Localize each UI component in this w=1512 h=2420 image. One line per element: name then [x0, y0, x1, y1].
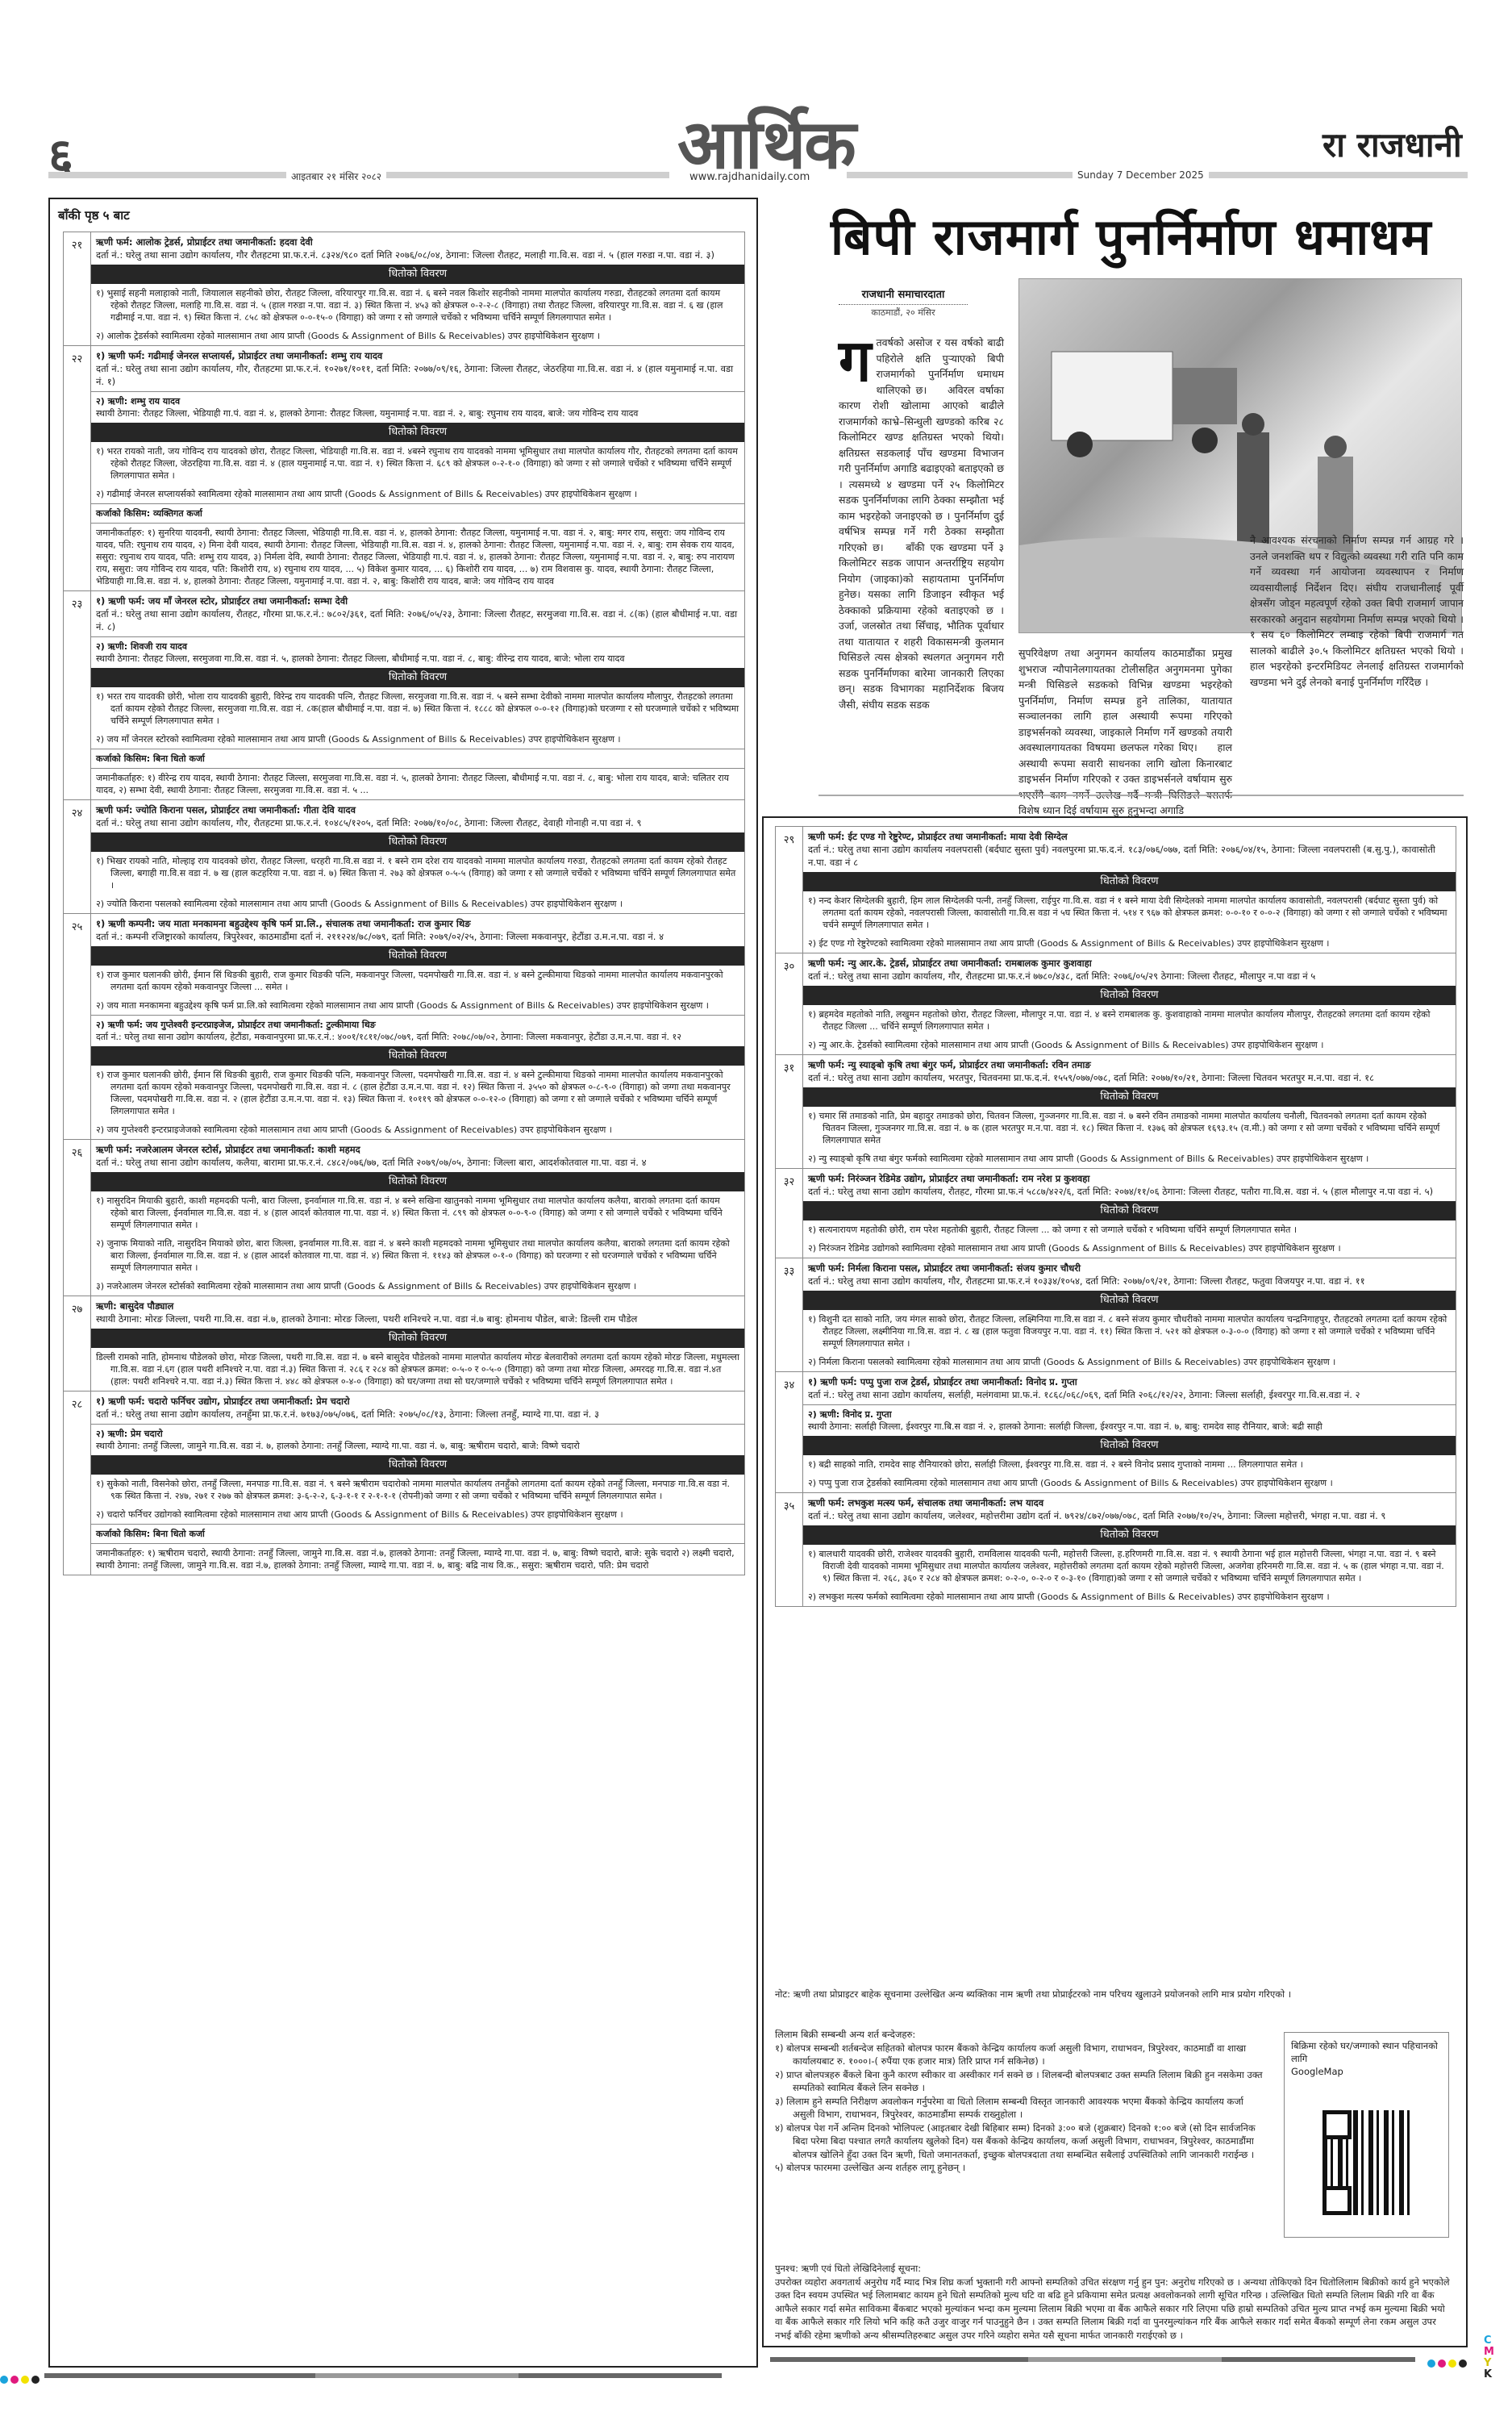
borrower-block: २) ऋणी: शम्भु राय यादवस्थायी ठेगाना: रौत… — [91, 391, 744, 423]
borrower-name: २) ऋणी: विनोद प्र. गुप्ता — [808, 1409, 892, 1420]
entry-header: ऋणी फर्म: निर्मला किराना पसल, प्रोप्राईट… — [803, 1258, 1456, 1291]
article-byline: राजधानी समाचारदाता — [839, 286, 968, 305]
registration-info: दर्ता नं.: घरेलु तथा साना उद्योग कार्याल… — [96, 608, 737, 632]
collateral-detail: १) बद्री साहको नाति, रामदेव साह रौनियारक… — [803, 1455, 1456, 1474]
collateral-detail: १) राज कुमार घलानकी छोरी, ईमान सिं थिङकी… — [91, 1066, 744, 1120]
cmyk-registration-marks: C M Y K — [1484, 2335, 1494, 2380]
loan-entry: २३१) ऋणी फर्म: जय माँ जेनरल स्टोर, प्रोप… — [63, 590, 745, 799]
entry-number: २३ — [64, 591, 91, 799]
collateral-heading: धितोको विवरण — [91, 265, 744, 284]
date-nepali: आइतबार २१ मंसिर २०८२ — [286, 169, 386, 183]
entry-number: २६ — [64, 1140, 91, 1296]
borrower-address: स्थायी ठेगाना: सर्लाही जिल्ला, ईश्वरपुर … — [808, 1421, 1322, 1432]
google-map-label: GoogleMap — [1291, 2065, 1442, 2078]
collateral-detail: १) ब्रहमदेव महतोको नाति, लखुमन महतोको छो… — [803, 1005, 1456, 1036]
entry-header: १) ऋणी कम्पनी: जय माता मनकामना बहुउद्देश… — [91, 914, 744, 946]
borrower-firm: ऋणी फर्म: आलोक ट्रेडर्स, प्रोप्राईटर तथा… — [96, 236, 313, 248]
collateral-detail: २) ज्योति किराना पसलको स्वामित्वमा रहेको… — [91, 895, 744, 913]
loan-entry: २९ऋणी फर्म: ईट एण्ड गो रेष्टुरेण्ट, प्रो… — [775, 826, 1456, 953]
entry-number: ३२ — [776, 1169, 803, 1258]
collateral-detail: १) सुकेको नाती, विसनेको छोरा, तनहुँ जिल्… — [91, 1475, 744, 1505]
entry-number: २९ — [776, 827, 803, 953]
collateral-detail: १) चमार सिं तमाङको नाति, प्रेम बहादुर तम… — [803, 1107, 1456, 1149]
borrower-name: २) ऋणी: शिवजी राय यादव — [96, 641, 187, 652]
borrower-firm: ऋणी फर्म: निरंञ्जन रेडिमेड उद्योग, प्रोप… — [808, 1173, 1089, 1184]
collateral-heading: धितोको विवरण — [803, 986, 1456, 1005]
entry-header: ऋणी फर्म: लभकुश मत्स्य फर्म, संचालक तथा … — [803, 1493, 1456, 1525]
registration-info: दर्ता नं.: घरेलु तथा साना उद्योग कार्याल… — [808, 1072, 1374, 1083]
loan-entry-list-left: २१ऋणी फर्म: आलोक ट्रेडर्स, प्रोप्राईटर त… — [63, 232, 745, 2280]
registration-info: स्थायी ठेगाना: मोरङ जिल्ला, पथरी गा.वि.स… — [96, 1313, 637, 1325]
collateral-heading: धितोको विवरण — [91, 946, 744, 966]
entry-header: १) ऋणी फर्म: चदारो फर्निचर उद्योग, प्रोप… — [91, 1391, 744, 1424]
collateral-detail: १) भरत रायको नाती, जय गोविन्द राय यादवको… — [91, 442, 744, 485]
article-column-1: गतवर्षको असोज र यस वर्षको बाढी पहिरोले क… — [839, 335, 1004, 712]
qr-code-icon[interactable] — [1322, 2110, 1411, 2215]
collateral-detail: २) न्यु स्याङ्बो कृषि तथा बंगुर फर्मको स… — [803, 1149, 1456, 1168]
borrower-name: २) ऋणी: शम्भु राय यादव — [96, 396, 180, 407]
loan-entry: २१ऋणी फर्म: आलोक ट्रेडर्स, प्रोप्राईटर त… — [63, 232, 745, 345]
entry-header: १) ऋणी फर्म: गढीमाई जेनरल सप्लायर्स, प्र… — [91, 346, 744, 391]
collateral-detail: २) गढीमाई जेनरल सप्लायर्सको स्वामित्वमा … — [91, 485, 744, 503]
collateral-detail: २) पप्पु पुजा राज ट्रेडर्सको स्वामित्वमा… — [803, 1474, 1456, 1492]
registration-info: दर्ता नं.: घरेलु तथा साना उद्योग कार्याल… — [808, 1510, 1385, 1521]
registration-info: दर्ता नं.: घरेलु तथा साना उद्योग कार्याल… — [96, 1408, 599, 1420]
map-box-text: बिक्रिमा रहेको घर/जग्गाको स्थान पहिचानको… — [1291, 2039, 1442, 2065]
guarantors: जमानीकर्ताहरु: १) सुनरिया यादवनी, स्थायी… — [91, 523, 744, 590]
loan-entry-list-right: २९ऋणी फर्म: ईट एण्ड गो रेष्टुरेण्ट, प्रो… — [775, 826, 1456, 1980]
sub-borrower: २) ऋणी फर्म: जय गुप्तेश्वरी इन्टरप्राइजे… — [91, 1015, 744, 1046]
auction-term: २) प्राप्त बोलपत्रहरु बैंकले बिना कुनै क… — [775, 2068, 1267, 2095]
collateral-detail: २) जय माँ जेनरल स्टोरको स्वामित्वमा रहेक… — [91, 730, 744, 749]
article-dateline: काठमाडौं, २० मंसिर — [839, 307, 968, 319]
collateral-detail: १) राज कुमार घलानकी छोरी, ईमान सिं थिङकी… — [91, 966, 744, 996]
collateral-heading: धितोको विवरण — [91, 1046, 744, 1066]
borrower-firm: १) ऋणी फर्म: जय माँ जेनरल स्टोर, प्रोप्र… — [96, 595, 348, 607]
entry-header: ऋणी: बासुदेव पौड्यालस्थायी ठेगाना: मोरङ … — [91, 1296, 744, 1329]
entry-body: ऋणी फर्म: न्यु आर.के. ट्रेडर्स, प्रोप्रा… — [803, 953, 1456, 1054]
borrower-firm: १) ऋणी फर्म: पप्पु पुजा राज ट्रेडर्स, प्… — [808, 1376, 1077, 1387]
borrower-firm: ऋणी फर्म: न्यु आर.के. ट्रेडर्स, प्रोप्रा… — [808, 958, 1092, 969]
loan-type-block: कर्जाको किसिम: बिना धितो कर्जा — [91, 1524, 744, 1543]
borrower-address: स्थायी ठेगाना: रौतहट जिल्ला, भेडियाही गा… — [96, 408, 638, 419]
dropcap: ग — [839, 335, 872, 386]
registration-info: दर्ता नं.: घरेलु तथा साना उद्योग कार्याल… — [96, 1157, 647, 1168]
auction-term: १) बोलपत्र सम्बन्धी शर्तबन्देज सहितको बो… — [775, 2042, 1267, 2068]
postscript-title: पुनश्च: ऋणी एवं धितो लेखिदिनेलाई सूचना: — [775, 2262, 1452, 2276]
loan-entry: २७ऋणी: बासुदेव पौड्यालस्थायी ठेगाना: मोर… — [63, 1296, 745, 1391]
loan-type: कर्जाको किसिम: व्यक्तिगत कर्जा — [96, 508, 202, 519]
collateral-detail: १) भिखर रायको नाति, मोल्हाइ राय यादवको छ… — [91, 852, 744, 895]
registration-info: दर्ता नं.: घरेलु तथा साना उद्योग कार्याल… — [808, 1186, 1433, 1197]
auction-term: ३) लिलाम हुने सम्पति निरीक्षण अवलोकन गर्… — [775, 2095, 1267, 2122]
borrower-firm: ऋणी फर्म: ईट एण्ड गो रेष्टुरेण्ट, प्रोप्… — [808, 831, 1068, 842]
entry-body: १) ऋणी फर्म: गढीमाई जेनरल सप्लायर्स, प्र… — [91, 346, 744, 590]
borrower-firm: ऋणी फर्म: न्यु स्याङ्बो कृषि तथा बंगुर फ… — [808, 1059, 1091, 1070]
borrower-firm: ऋणी: बासुदेव पौड्याल — [96, 1300, 173, 1312]
notice-frame-right: २९ऋणी फर्म: ईट एण्ड गो रेष्टुरेण्ट, प्रो… — [762, 816, 1468, 2347]
auction-terms: लिलाम बिक्री सम्बन्धी अन्य शर्त बन्देजहर… — [775, 2028, 1267, 2175]
entry-number: २७ — [64, 1296, 91, 1391]
date-english: Sunday 7 December 2025 — [1073, 169, 1209, 181]
collateral-detail: २) जुनाफ मियाको नाति, नासुरदिन मियाको छो… — [91, 1234, 744, 1277]
entry-body: ऋणी फर्म: ईट एण्ड गो रेष्टुरेण्ट, प्रोप्… — [803, 827, 1456, 953]
entry-body: ऋणी फर्म: न्यु स्याङ्बो कृषि तथा बंगुर फ… — [803, 1055, 1456, 1168]
entry-body: १) ऋणी कम्पनी: जय माता मनकामना बहुउद्देश… — [91, 914, 744, 1139]
registration-info: दर्ता नं.: घरेलु तथा साना उद्योग कार्याल… — [96, 249, 714, 261]
loan-entry: २८१) ऋणी फर्म: चदारो फर्निचर उद्योग, प्र… — [63, 1391, 745, 1575]
loan-entry: ३१ऋणी फर्म: न्यु स्याङ्बो कृषि तथा बंगुर… — [775, 1054, 1456, 1168]
collateral-detail: १) नन्द केशर सिग्देलकी बुहारी, हिम लाल स… — [803, 891, 1456, 934]
auction-term: ५) बोलपत्र फारममा उल्लेखित अन्य शर्तहरु … — [775, 2161, 1267, 2175]
collateral-detail: २) जय गुप्तेश्वरी इन्टरप्राइजेजको स्वामि… — [91, 1120, 744, 1139]
borrower-address: स्थायी ठेगाना: रौतहट जिल्ला, सरमुजवा गा.… — [96, 653, 624, 664]
sub-borrower-firm: २) ऋणी फर्म: जय गुप्तेश्वरी इन्टरप्राइजे… — [96, 1020, 376, 1030]
postscript-body: उपरोक्त व्यहोरा अवगतार्थ अनुरोध गर्दै म्… — [775, 2276, 1452, 2343]
collateral-detail: १) नासुरदिन मियाकी बुहारी, काशी महमदकी प… — [91, 1191, 744, 1234]
loan-entry: २२१) ऋणी फर्म: गढीमाई जेनरल सप्लायर्स, प… — [63, 345, 745, 590]
collateral-detail: २) निर्मला किराना पसलको स्वामित्वमा रहेक… — [803, 1353, 1456, 1371]
entry-header: ऋणी फर्म: निरंञ्जन रेडिमेड उद्योग, प्रोप… — [803, 1169, 1456, 1201]
entry-header: ऋणी फर्म: न्यु आर.के. ट्रेडर्स, प्रोप्रा… — [803, 953, 1456, 986]
sub-registration: दर्ता नं.: घरेलु तथा साना उद्योग कार्याल… — [96, 1032, 681, 1042]
entry-body: ऋणी: बासुदेव पौड्यालस्थायी ठेगाना: मोरङ … — [91, 1296, 744, 1391]
entry-body: ऋणी फर्म: लभकुश मत्स्य फर्म, संचालक तथा … — [803, 1493, 1456, 1606]
collateral-detail: २) चदारो फर्निचर उद्योगको स्वामित्वमा रह… — [91, 1505, 744, 1524]
loan-type-block: कर्जाको किसिम: बिना धितो कर्जा — [91, 749, 744, 768]
loan-entry: ३३ऋणी फर्म: निर्मला किराना पसल, प्रोप्रा… — [775, 1258, 1456, 1371]
entry-header: ऋणी फर्म: नजरेआलम जेनरल स्टोर्स, प्रोप्र… — [91, 1140, 744, 1172]
notice-note: नोट: ऋणी तथा प्रोप्राइटर बाहेक सूचनामा उ… — [775, 1988, 1444, 2001]
continued-label: बाँकी पृष्ठ ५ बाट — [58, 207, 130, 223]
loan-type-block: कर्जाको किसिम: व्यक्तिगत कर्जा — [91, 503, 744, 523]
entry-number: २५ — [64, 914, 91, 1139]
entry-number: २२ — [64, 346, 91, 590]
entry-number: २८ — [64, 1391, 91, 1575]
entry-number: २४ — [64, 800, 91, 913]
loan-entry: २५१) ऋणी कम्पनी: जय माता मनकामना बहुउद्द… — [63, 913, 745, 1139]
entry-header: १) ऋणी फर्म: जय माँ जेनरल स्टोर, प्रोप्र… — [91, 591, 744, 636]
collateral-detail: ३) नजरेआलम जेनरल स्टोर्सको स्वामित्वमा र… — [91, 1277, 744, 1296]
borrower-name: २) ऋणी: प्रेम चदारो — [96, 1429, 163, 1439]
entry-body: ऋणी फर्म: ज्योति किराना पसल, प्रोप्राईटर… — [91, 800, 744, 913]
entry-body: ऋणी फर्म: नजरेआलम जेनरल स्टोर्स, प्रोप्र… — [91, 1140, 744, 1296]
collateral-detail: २) निरंञ्जन रेडिमेड उद्योगको स्वामित्वमा… — [803, 1239, 1456, 1258]
map-box: बिक्रिमा रहेको घर/जग्गाको स्थान पहिचानको… — [1284, 2032, 1449, 2238]
loan-entry: २६ऋणी फर्म: नजरेआलम जेनरल स्टोर्स, प्रोप… — [63, 1139, 745, 1296]
registration-info: दर्ता नं.: कम्पनी रजिष्ट्रारको कार्यालय,… — [96, 931, 664, 942]
registration-info: दर्ता नं.: घरेलु तथा साना उद्योग कार्याल… — [96, 363, 733, 387]
collateral-heading: धितोको विवरण — [91, 832, 744, 852]
collateral-heading: धितोको विवरण — [803, 1525, 1456, 1545]
entry-header: ऋणी फर्म: आलोक ट्रेडर्स, प्रोप्राईटर तथा… — [91, 232, 744, 265]
entry-header: ऋणी फर्म: न्यु स्याङ्बो कृषि तथा बंगुर फ… — [803, 1055, 1456, 1087]
entry-header: ऋणी फर्म: ईट एण्ड गो रेष्टुरेण्ट, प्रोप्… — [803, 827, 1456, 872]
collateral-detail: २) ईट एण्ड गो रेष्टुरेण्टको स्वामित्वमा … — [803, 934, 1456, 953]
borrower-firm: १) ऋणी फर्म: गढीमाई जेनरल सप्लायर्स, प्र… — [96, 350, 382, 361]
collateral-detail: १) भरत राय यादवकी छोरी, भोला राय यादवकी … — [91, 687, 744, 730]
guarantors: जमानीकर्ताहरु: १) वीरेन्द्र राय यादव, स्… — [91, 768, 744, 799]
article-column-2: सुपरिवेक्षण तथा अनुगमन कार्यालय काठमाडौं… — [1018, 645, 1232, 819]
registration-info: दर्ता नं.: घरेलु तथा साना उद्योग कार्याल… — [808, 1275, 1365, 1287]
loan-entry: २४ऋणी फर्म: ज्योति किराना पसल, प्रोप्राई… — [63, 799, 745, 913]
entry-body: १) ऋणी फर्म: जय माँ जेनरल स्टोर, प्रोप्र… — [91, 591, 744, 799]
collateral-detail: २) आलोक ट्रेडर्सको स्वामित्वमा रहेको माल… — [91, 327, 744, 345]
registration-info: दर्ता नं.: घरेलु तथा साना उद्योग कार्याल… — [96, 817, 641, 828]
borrower-firm: ऋणी फर्म: ज्योति किराना पसल, प्रोप्राईटर… — [96, 804, 356, 816]
collateral-heading: धितोको विवरण — [91, 423, 744, 442]
entry-body: ऋणी फर्म: निर्मला किराना पसल, प्रोप्राईट… — [803, 1258, 1456, 1371]
collateral-detail: १) भुसाई सहनी मलाहाको नाती, जियालाल सहनी… — [91, 284, 744, 327]
borrower-firm: १) ऋणी फर्म: चदारो फर्निचर उद्योग, प्रोप… — [96, 1396, 350, 1407]
entry-number: ३० — [776, 953, 803, 1054]
collateral-heading: धितोको विवरण — [803, 1436, 1456, 1455]
collateral-detail: २) न्यु आर.के. ट्रेडर्सको स्वामित्वमा रह… — [803, 1036, 1456, 1054]
collateral-detail: २) लभकुश मत्स्य फर्मको स्वामित्वमा रहेको… — [803, 1588, 1456, 1606]
collateral-detail: १) सत्यनारायण महतोकी छोरी, राम परेश महतो… — [803, 1220, 1456, 1239]
postscript: पुनश्च: ऋणी एवं धितो लेखिदिनेलाई सूचना: … — [775, 2262, 1452, 2342]
entry-header: १) ऋणी फर्म: पप्पु पुजा राज ट्रेडर्स, प्… — [803, 1372, 1456, 1404]
article-divider — [818, 795, 1464, 796]
entry-number: ३४ — [776, 1372, 803, 1492]
borrower-firm: १) ऋणी कम्पनी: जय माता मनकामना बहुउद्देश… — [96, 918, 471, 929]
loan-entry: ३४१) ऋणी फर्म: पप्पु पुजा राज ट्रेडर्स, … — [775, 1371, 1456, 1492]
collateral-heading: धितोको विवरण — [803, 1087, 1456, 1107]
terms-title: लिलाम बिक्री सम्बन्धी अन्य शर्त बन्देजहर… — [775, 2028, 1267, 2042]
entry-number: ३१ — [776, 1055, 803, 1168]
loan-entry: ३५ऋणी फर्म: लभकुश मत्स्य फर्म, संचालक तथ… — [775, 1492, 1456, 1607]
entry-number: ३३ — [776, 1258, 803, 1371]
borrower-firm: ऋणी फर्म: निर्मला किराना पसल, प्रोप्राईट… — [808, 1262, 1081, 1274]
loan-entry: ३२ऋणी फर्म: निरंञ्जन रेडिमेड उद्योग, प्र… — [775, 1168, 1456, 1258]
newspaper-logo: रा राजधानी — [1322, 121, 1462, 167]
borrower-firm: ऋणी फर्म: नजरेआलम जेनरल स्टोर्स, प्रोप्र… — [96, 1144, 360, 1155]
entry-header: ऋणी फर्म: ज्योति किराना पसल, प्रोप्राईटर… — [91, 800, 744, 832]
article-column-3: नै आवश्यक संरचनाको निर्माण सम्पन्न गर्न … — [1250, 532, 1464, 690]
collateral-heading: धितोको विवरण — [91, 1455, 744, 1475]
collateral-heading: धितोको विवरण — [803, 872, 1456, 891]
collateral-heading: धितोको विवरण — [91, 1172, 744, 1191]
collateral-heading: धितोको विवरण — [803, 1201, 1456, 1220]
collateral-heading: धितोको विवरण — [803, 1291, 1456, 1310]
loan-entry: ३०ऋणी फर्म: न्यु आर.के. ट्रेडर्स, प्रोप्… — [775, 953, 1456, 1054]
registration-info: दर्ता नं.: घरेलु तथा साना उद्योग कार्याल… — [808, 844, 1435, 868]
loan-type: कर्जाको किसिम: बिना धितो कर्जा — [96, 1529, 205, 1539]
collateral-detail: डिल्ली रामको नाति, होमनाथ पौडेलको छोरा, … — [91, 1348, 744, 1391]
entry-body: ऋणी फर्म: आलोक ट्रेडर्स, प्रोप्राईटर तथा… — [91, 232, 744, 345]
website-link[interactable]: www.rajdhanidaily.com — [689, 171, 810, 183]
registration-info: दर्ता नं.: घरेलु तथा साना उद्योग कार्याल… — [808, 1389, 1360, 1400]
borrower-block: २) ऋणी: शिवजी राय यादवस्थायी ठेगाना: रौत… — [91, 636, 744, 668]
article-headline: बिपी राजमार्ग पुनर्निर्माण धमाधम — [831, 202, 1431, 269]
entry-number: ३५ — [776, 1493, 803, 1606]
collateral-detail: १) विशुनी दत साको नाति, जय मंगल साको छोर… — [803, 1310, 1456, 1353]
borrower-block: २) ऋणी: प्रेम चदारोस्थायी ठेगाना: तनहुँ … — [91, 1424, 744, 1455]
borrower-address: स्थायी ठेगाना: तनहुँ जिल्ला, जामुने गा.व… — [96, 1441, 580, 1451]
borrower-block: २) ऋणी: विनोद प्र. गुप्तास्थायी ठेगाना: … — [803, 1404, 1456, 1436]
guarantors: जमानीकर्ताहरु: १) ऋषीराम चदारो, स्थायी ठ… — [91, 1543, 744, 1575]
collateral-detail: १) बालधारी यादवकी छोरी, राजेश्वर यादवकी … — [803, 1545, 1456, 1588]
registration-info: दर्ता नं.: घरेलु तथा साना उद्योग कार्याल… — [808, 970, 1315, 982]
collateral-heading: धितोको विवरण — [91, 1329, 744, 1348]
notice-frame-left: बाँकी पृष्ठ ५ बाट २१ऋणी फर्म: आलोक ट्रेड… — [48, 198, 758, 2368]
entry-body: ऋणी फर्म: निरंञ्जन रेडिमेड उद्योग, प्रोप… — [803, 1169, 1456, 1258]
entry-body: १) ऋणी फर्म: पप्पु पुजा राज ट्रेडर्स, प्… — [803, 1372, 1456, 1492]
borrower-firm: ऋणी फर्म: लभकुश मत्स्य फर्म, संचालक तथा … — [808, 1497, 1043, 1508]
collateral-detail: २) जय माता मनकामना बहुउद्देश्य कृषि फर्म… — [91, 996, 744, 1015]
entry-body: १) ऋणी फर्म: चदारो फर्निचर उद्योग, प्रोप… — [91, 1391, 744, 1575]
auction-term: ४) बोलपत्र पेश गर्ने अन्तिम दिनको भोलिपल… — [775, 2122, 1267, 2162]
footer-bar-left — [0, 2372, 758, 2387]
loan-type: कर्जाको किसिम: बिना धितो कर्जा — [96, 753, 205, 764]
entry-number: २१ — [64, 232, 91, 345]
collateral-heading: धितोको विवरण — [91, 668, 744, 687]
